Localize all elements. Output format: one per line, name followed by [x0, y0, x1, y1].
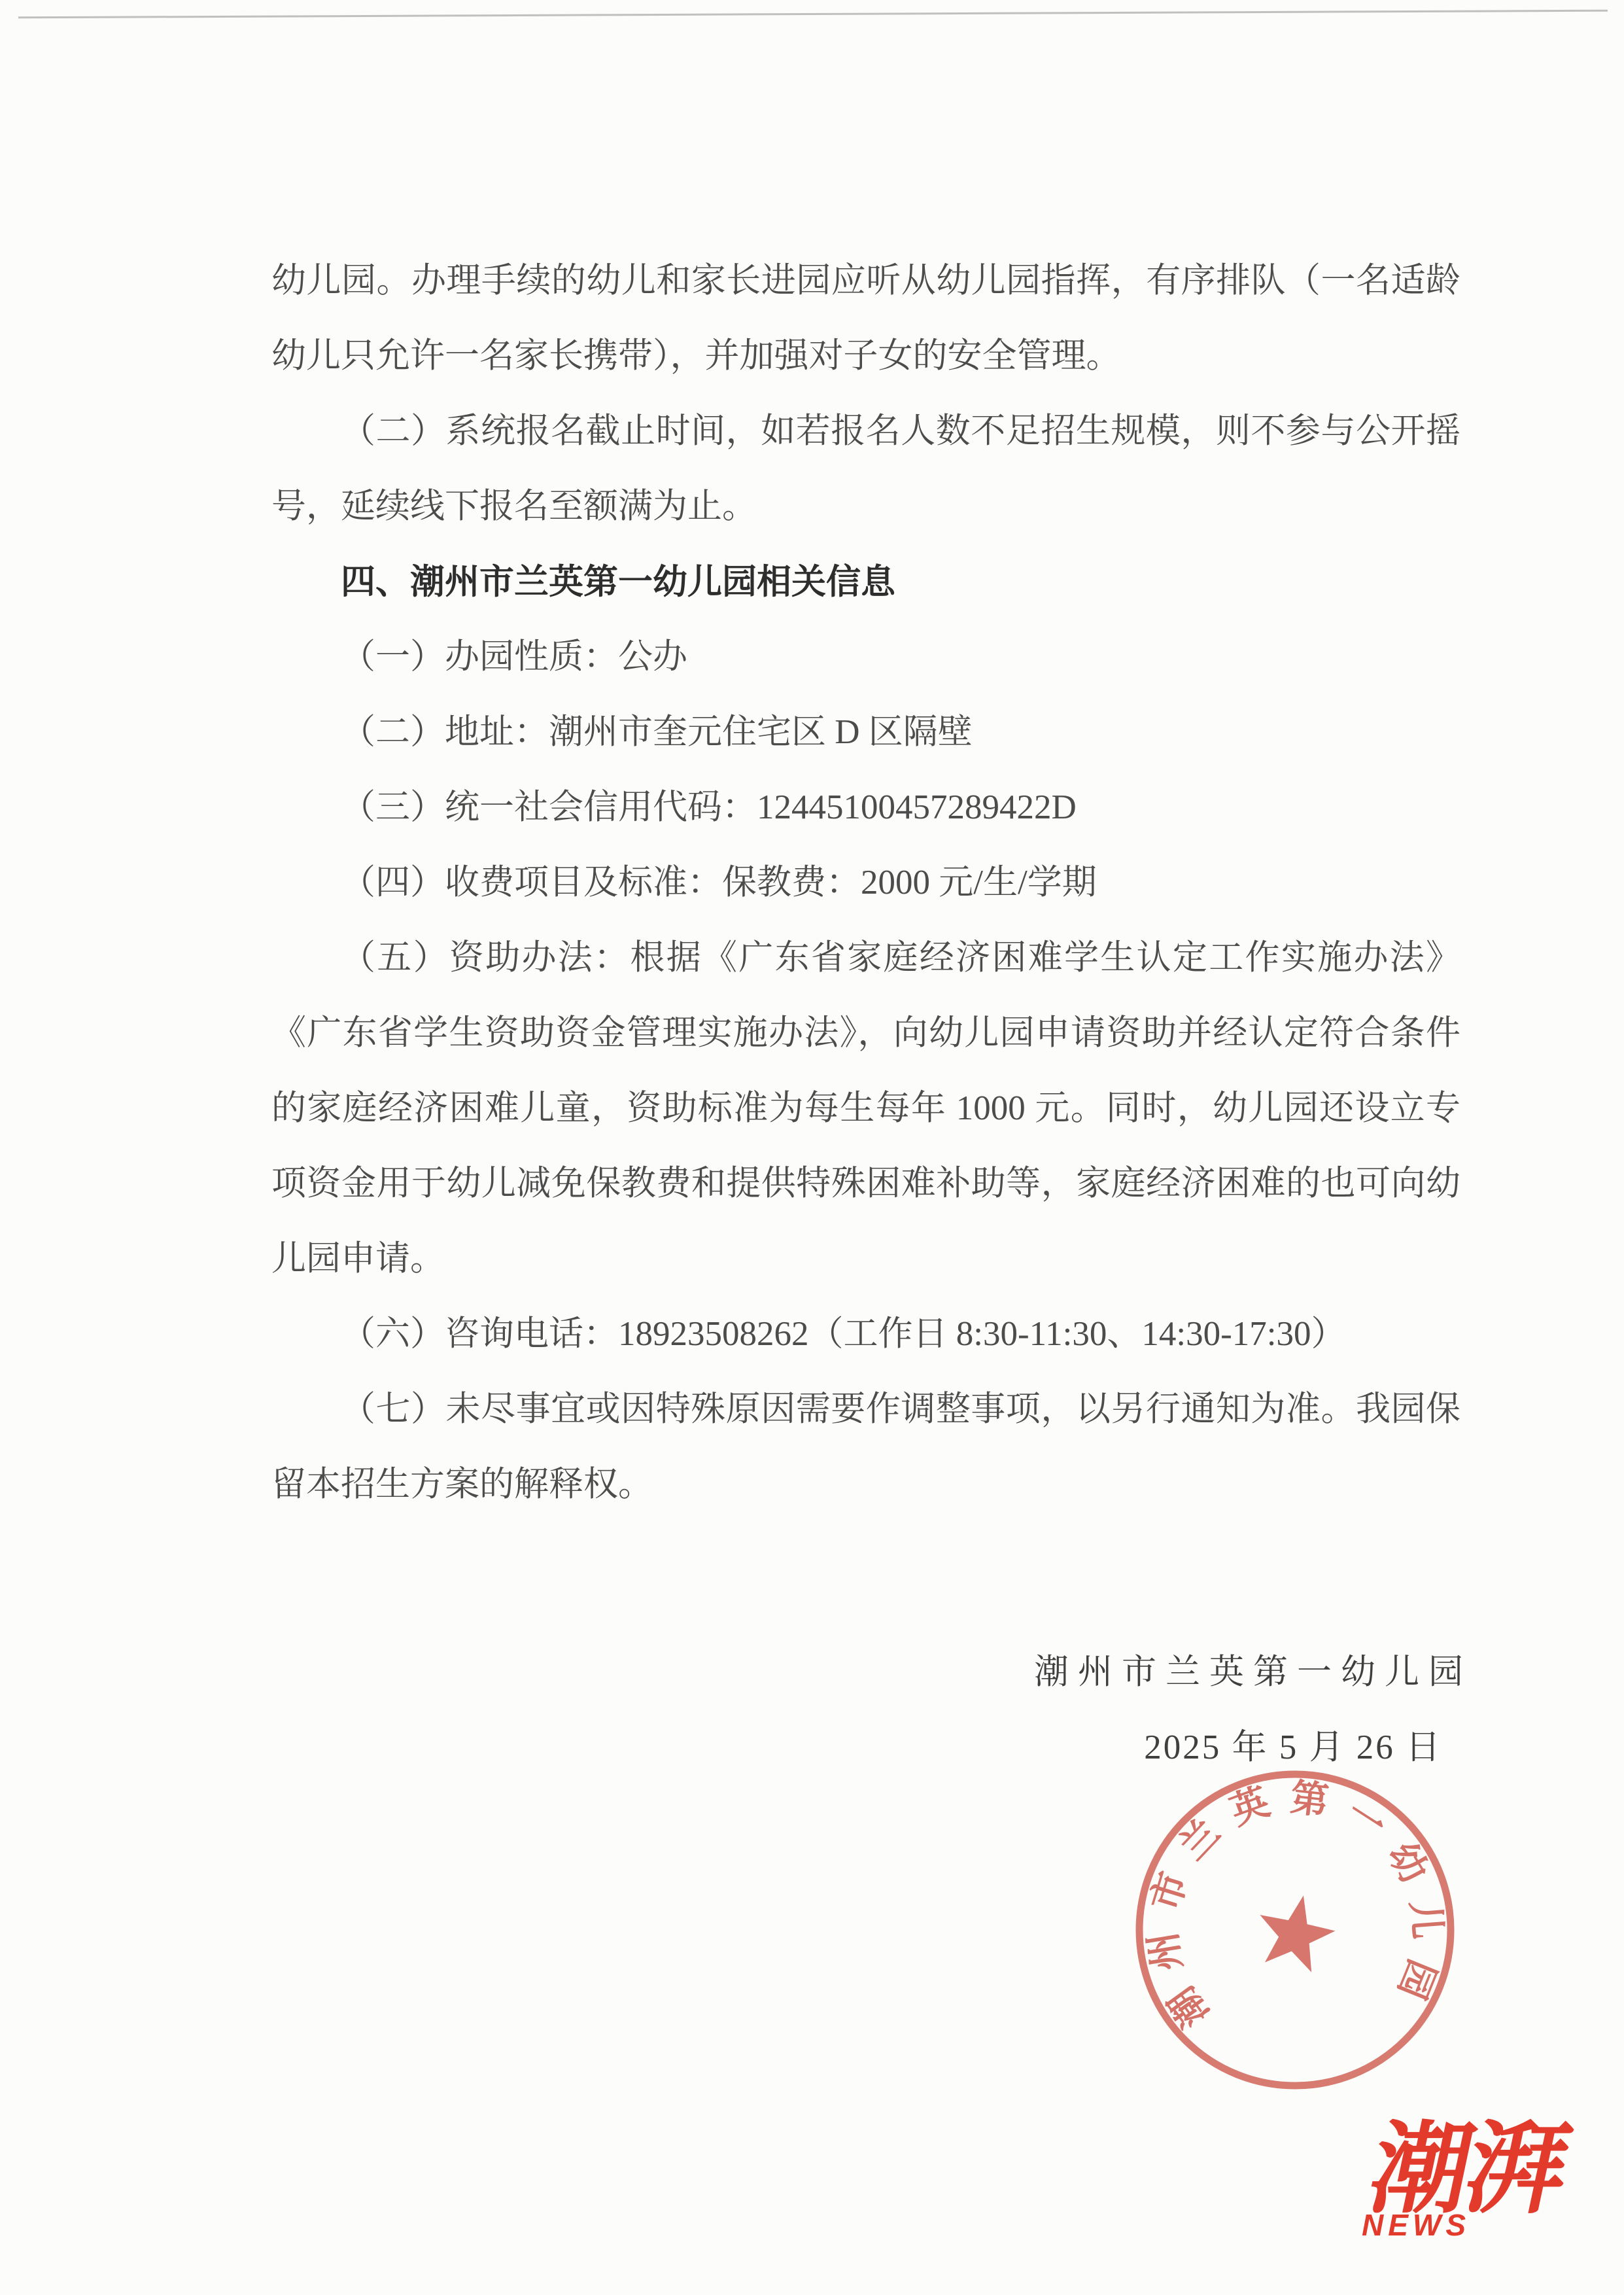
- seal-star: [1251, 1887, 1341, 1975]
- item-fees: （四）收费项目及标准：保教费：2000 元/生/学期: [271, 845, 1460, 920]
- svg-text:潮州市兰英第一幼儿园: 潮州市兰英第一幼儿园: [1141, 1776, 1449, 2035]
- item-credit-code: （三）统一社会信用代码：12445100457289422D: [271, 770, 1460, 845]
- document-page: 幼儿园。办理手续的幼儿和家长进园应听从幼儿园指挥，有序排队（一名适龄幼儿只允许一…: [0, 0, 1624, 2295]
- paragraph-continuation: 幼儿园。办理手续的幼儿和家长进园应听从幼儿园指挥，有序排队（一名适龄幼儿只允许一…: [271, 243, 1460, 394]
- item-aid-policy: （五）资助办法：根据《广东省家庭经济困难学生认定工作实施办法》《广东省学生资助资…: [271, 920, 1460, 1297]
- seal-ring-text: 潮州市兰英第一幼儿园: [1141, 1776, 1449, 2035]
- item-final-note: （七）未尽事宜或因特殊原因需要作调整事项，以另行通知为准。我园保留本招生方案的解…: [271, 1372, 1460, 1522]
- item-nature: （一）办园性质：公办: [271, 620, 1460, 695]
- chaopai-logo-characters: 潮湃: [1362, 2120, 1585, 2219]
- section-heading: 四、潮州市兰英第一幼儿园相关信息: [271, 544, 1460, 620]
- chaopai-news-logo: 潮湃 NEWS: [1362, 2120, 1564, 2277]
- seal-ring: [1139, 1774, 1451, 2086]
- item-address: （二）地址：潮州市奎元住宅区 D 区隔壁: [271, 695, 1460, 770]
- paragraph-deadline: （二）系统报名截止时间，如若报名人数不足招生规模，则不参与公开摇号，延续线下报名…: [271, 394, 1460, 544]
- signature-org-name: 潮州市兰英第一幼儿园: [271, 1635, 1472, 1710]
- document-body: 幼儿园。办理手续的幼儿和家长进园应听从幼儿园指挥，有序排队（一名适龄幼儿只允许一…: [271, 243, 1460, 1785]
- official-seal: 潮州市兰英第一幼儿园: [1132, 1766, 1459, 2094]
- item-contact-phone: （六）咨询电话：18923508262（工作日 8:30-11:30、14:30…: [271, 1297, 1460, 1372]
- signature-date: 2025 年 5 月 26 日: [271, 1710, 1460, 1785]
- signature-block: 潮州市兰英第一幼儿园 2025 年 5 月 26 日: [271, 1635, 1460, 1785]
- scan-edge-artifact: [18, 10, 1608, 19]
